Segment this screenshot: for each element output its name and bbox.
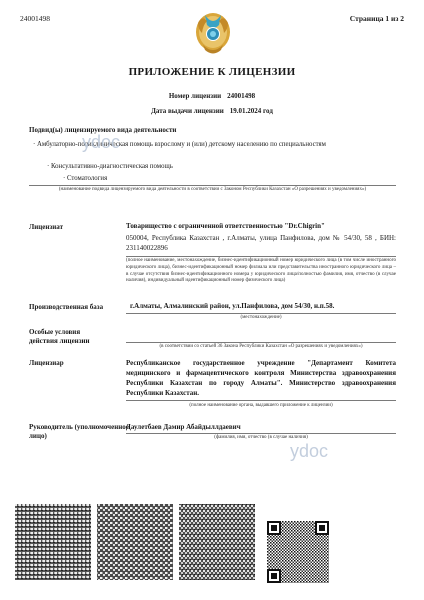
license-number-row: Номер лицензии24001498 xyxy=(0,92,424,100)
license-date-label: Дата выдачи лицензии xyxy=(151,107,224,115)
head-caption: (фамилия, имя, отчество (в случае наличи… xyxy=(126,435,396,442)
license-number-value: 24001498 xyxy=(227,92,255,100)
divider xyxy=(126,256,396,257)
licensee-caption: (полное наименование, местонахождение, б… xyxy=(126,258,396,285)
document-title: ПРИЛОЖЕНИЕ К ЛИЦЕНЗИИ xyxy=(0,66,424,78)
subtype-item-3: · Стоматология xyxy=(63,175,107,182)
divider xyxy=(126,313,396,314)
divider xyxy=(126,433,396,434)
watermark: ydoc xyxy=(290,441,328,462)
2d-barcode-3 xyxy=(179,504,255,580)
licensee-label: Лицензиат xyxy=(29,223,63,232)
page-indicator: Страница 1 из 2 xyxy=(350,14,404,23)
divider xyxy=(29,185,396,186)
licensor-value: Республиканское государственное учрежден… xyxy=(126,358,396,398)
license-date-row: Дата выдачи лицензии19.01.2024 год xyxy=(0,107,424,115)
divider xyxy=(126,342,396,343)
license-number-label: Номер лицензии xyxy=(169,92,221,100)
licensee-address: 050004, Республика Казахстан , г.Алматы,… xyxy=(126,233,396,253)
head-label: Руководитель (уполномоченное лицо) xyxy=(29,423,129,441)
license-date-value: 19.01.2024 год xyxy=(230,107,273,115)
licensor-label: Лицензиар xyxy=(29,359,64,368)
licensor-caption: (полное наименование органа, выдавшего п… xyxy=(126,403,396,410)
state-emblem-icon xyxy=(193,9,233,59)
subtype-item-1: · Амбулаторно-поликлиническая помощь взр… xyxy=(33,141,326,148)
production-base-caption: (местонахождение) xyxy=(126,315,396,322)
special-conditions-label: Особые условия действия лицензии xyxy=(29,328,109,346)
2d-barcode-1 xyxy=(15,504,91,580)
subtypes-caption: (наименование подвида лицензируемого вид… xyxy=(29,187,396,194)
special-conditions-caption: (в соответствии со статьей 36 Закона Рес… xyxy=(126,344,396,351)
subtype-item-2: · Консультативно-диагностическая помощь xyxy=(47,163,173,170)
production-base-label: Производственная база xyxy=(29,303,103,312)
watermark: ydoc xyxy=(82,132,120,153)
2d-barcode-2 xyxy=(97,504,173,580)
document-number: 24001498 xyxy=(20,14,50,23)
production-base-value: г.Алматы, Алмалинский район, ул.Панфилов… xyxy=(130,302,396,310)
qr-code xyxy=(267,521,329,583)
divider xyxy=(126,400,396,401)
licensee-name: Товарищество с ограниченной ответственно… xyxy=(126,222,396,230)
head-value: Даулетбаев Дамир Абайдыллдаевич xyxy=(126,423,396,431)
